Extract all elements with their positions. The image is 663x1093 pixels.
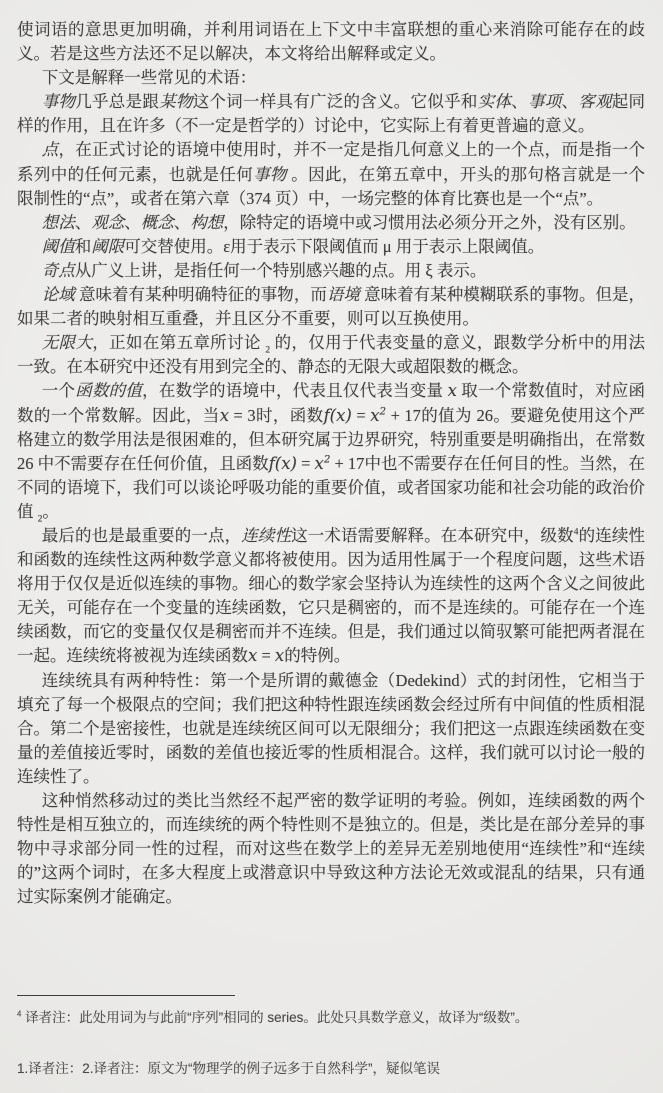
text-run: f(x) — [269, 454, 297, 473]
text-run: 的特例。 — [284, 646, 350, 665]
text-run: 、 — [124, 213, 141, 232]
footnote-area: 4 译者注：此处用词为与此前“序列”相同的 series。此处只具数学意义，故译… — [17, 995, 643, 1078]
paragraph: 论域 意味着有某种明确特征的事物，而语境 意味着有某种模糊联系的事物。但是，如果… — [17, 283, 645, 331]
paragraph: 一个函数的值，在数学的语境中，代表且仅代表当变量 x 取一个常数值时，对应函数的… — [17, 379, 645, 524]
text-run: 这种悄然移动过的类比当然经不起严密的数学证明的考验。例如，连续函数的两个特性是相… — [17, 791, 645, 906]
text-run: x — [248, 646, 257, 665]
scanned-page: 使词语的意思更加明确，并利用词语在上下文中丰富联想的重心来消除可能存在的歧义。若… — [0, 0, 663, 1093]
text-run: 某物 — [159, 92, 193, 111]
paragraph: 事物几乎总是跟某物这个词一样具有广泛的含义。它似乎和实体、事项、客观起同样的作用… — [17, 90, 645, 138]
text-run: 客观 — [578, 92, 612, 111]
text-run: 奇点 — [42, 261, 75, 280]
text-run: 几乎总是跟 — [75, 92, 159, 111]
text-run: ，除特定的语境中或习惯用法必须分开之外，没有区别。 — [223, 213, 636, 232]
text-run: 想法 — [42, 213, 75, 232]
text-run: = — [297, 454, 315, 473]
text-run: 事物 — [253, 165, 287, 184]
footnote-separator — [17, 995, 235, 996]
text-run: ，在数学的语境中，代表且仅代表当变量 — [142, 381, 447, 400]
text-run: = — [352, 406, 370, 425]
footnote-list: 4 译者注：此处用词为与此前“序列”相同的 series。此处只具数学意义，故译… — [17, 1009, 643, 1078]
text-run: 阈值 — [42, 237, 75, 256]
paragraph: 下文是解释一些常见的术语： — [17, 66, 645, 90]
text-run: 、 — [511, 92, 528, 111]
text-run: 、 — [75, 213, 92, 232]
paragraph: 想法、观念、概念、构想，除特定的语境中或习惯用法必须分开之外，没有区别。 — [17, 211, 645, 235]
text-run: 实体 — [478, 92, 512, 111]
text-run: 一个 — [42, 381, 75, 400]
text-run: 语境 — [327, 285, 360, 304]
text-run: 无限大 — [42, 333, 93, 352]
text-run: = 3时，函数 — [229, 406, 324, 425]
text-run: 点 — [42, 140, 59, 159]
paragraph: 最后的也是最重要的一点，连续性这一术语需要解释。在本研究中，级数4的连续性和函数… — [17, 524, 645, 669]
text-run: 这一术语需要解释。在本研究中，级数 — [291, 526, 574, 545]
text-run: x — [220, 406, 229, 425]
text-run: ，正如在第五章所讨论 — [92, 333, 265, 352]
text-run: 使词语的意思更加明确，并利用词语在上下文中丰富联想的重心来消除可能存在的歧义。若… — [17, 20, 645, 63]
text-run: 可交替使用。ε用于表示下限阈值而 μ 用于表示上限阈值。 — [124, 237, 544, 256]
text-run: 的连续性和函数的连续性这两种数学意义都将被使用。因为适用性属于一个程度问题，这些… — [17, 526, 645, 665]
text-run: 阈限 — [91, 237, 124, 256]
text-run: 1.译者注：2.译者注：原文为“物理学的例子远多于自然科学”，疑似笔误 — [17, 1061, 440, 1076]
text-run: f(x) — [324, 406, 352, 425]
page-body: 使词语的意思更加明确，并利用词语在上下文中丰富联想的重心来消除可能存在的歧义。若… — [17, 18, 645, 909]
text-run: 这个词一样具有广泛的含义。它似乎和 — [193, 92, 478, 111]
text-run: 观念 — [91, 213, 124, 232]
text-run: 连续统具有两种特性：第一个是所谓的戴德金（Dedekind）式的封闭性，它相当于… — [17, 671, 645, 786]
text-run: = — [257, 646, 275, 665]
text-run: 、 — [561, 92, 578, 111]
paragraph: 使词语的意思更加明确，并利用词语在上下文中丰富联想的重心来消除可能存在的歧义。若… — [17, 18, 645, 66]
text-run: 、 — [174, 213, 191, 232]
text-run: 构想 — [190, 213, 223, 232]
paragraph: 这种悄然移动过的类比当然经不起严密的数学证明的考验。例如，连续函数的两个特性是相… — [17, 789, 645, 909]
paragraph: 阈值和阈限可交替使用。ε用于表示下限阈值而 μ 用于表示上限阈值。 — [17, 235, 645, 259]
text-run: x — [275, 646, 284, 665]
text-run: 事物 — [42, 92, 76, 111]
footnote: 1.译者注：2.译者注：原文为“物理学的例子远多于自然科学”，疑似笔误 — [17, 1060, 643, 1078]
footnote: 4 译者注：此处用词为与此前“序列”相同的 series。此处只具数学意义，故译… — [17, 1009, 643, 1027]
scanned-document: { "document": { "language": "zh", "kind"… — [0, 0, 663, 1093]
text-run: 和 — [75, 237, 92, 256]
text-run: x — [315, 454, 324, 473]
paragraph: 无限大，正如在第五章所讨论 2 的，仅用于代表变量的意义，跟数学分析中的用法一致… — [17, 331, 645, 379]
text-run: 概念 — [141, 213, 174, 232]
text-run: 连续性 — [241, 526, 291, 545]
text-run: x — [448, 381, 457, 400]
paragraph: 奇点从广义上讲，是指任何一个特别感兴趣的点。用 ξ 表示。 — [17, 259, 645, 283]
text-run: 从广义上讲，是指任何一个特别感兴趣的点。用 ξ 表示。 — [75, 261, 487, 280]
text-run: 函数的值 — [75, 381, 142, 400]
paragraph: 连续统具有两种特性：第一个是所谓的戴德金（Dedekind）式的封闭性，它相当于… — [17, 669, 645, 789]
text-run: 意味着有某种明确特征的事物，而 — [75, 285, 327, 304]
text-run: 。 — [42, 502, 59, 521]
text-run: 下文是解释一些常见的术语： — [42, 68, 257, 87]
paragraph: 点，在正式讨论的语境中使用时，并不一定是指几何意义上的一个点，而是指一个系列中的… — [17, 138, 645, 210]
text-run: x — [370, 406, 379, 425]
text-run: 事项 — [528, 92, 562, 111]
text-run: 论域 — [42, 285, 75, 304]
text-run: 译者注：此处用词为与此前“序列”相同的 series。此处只具数学意义，故译为“… — [21, 1010, 528, 1025]
text-run: 最后的也是最重要的一点， — [42, 526, 242, 545]
